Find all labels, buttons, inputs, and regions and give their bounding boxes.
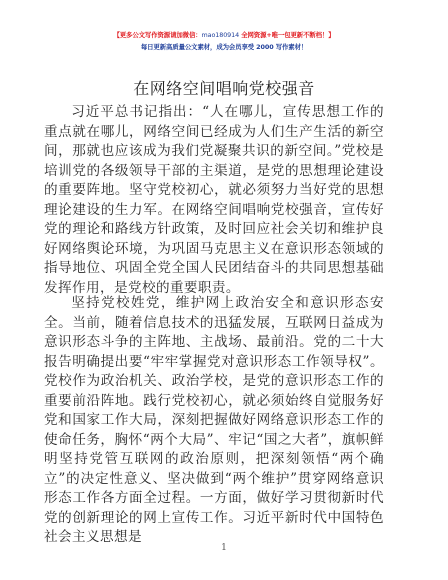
document-title: 在网络空间唱响党校强音 [0,79,448,99]
page-number: 1 [0,543,448,553]
body-paragraph: 坚持党校姓党，维护网上政治安全和意识形态安全。当前，随着信息技术的迅猛发展，互联… [44,294,384,548]
promo-banner-line-1: 【更多公文写作资源请加微信：mao180914 全网资源+唯一包更新不断档！】 [0,31,448,39]
body-paragraph-2-container: 坚持党校姓党，维护网上政治安全和意识形态安全。当前，随着信息技术的迅猛发展，互联… [44,294,384,548]
promo-banner-line-2: 每日更新高质量公文素材，成为会员享受 2000 写作素材！ [0,43,448,51]
body-paragraph-1-container: 习近平总书记指出：“人在哪儿，宣传思想工作的重点就在哪儿，网络空间已经成为人们生… [44,103,384,298]
promo-text-suffix: 全网资源+唯一包更新不断档！】 [239,31,334,39]
promo-wechat-id: mao180914 [202,31,240,39]
document-page: 【更多公文写作资源请加微信：mao180914 全网资源+唯一包更新不断档！】 … [0,0,448,580]
body-paragraph: 习近平总书记指出：“人在哪儿，宣传思想工作的重点就在哪儿，网络空间已经成为人们生… [44,103,384,298]
promo-text-prefix: 【更多公文写作资源请加微信： [113,31,201,39]
